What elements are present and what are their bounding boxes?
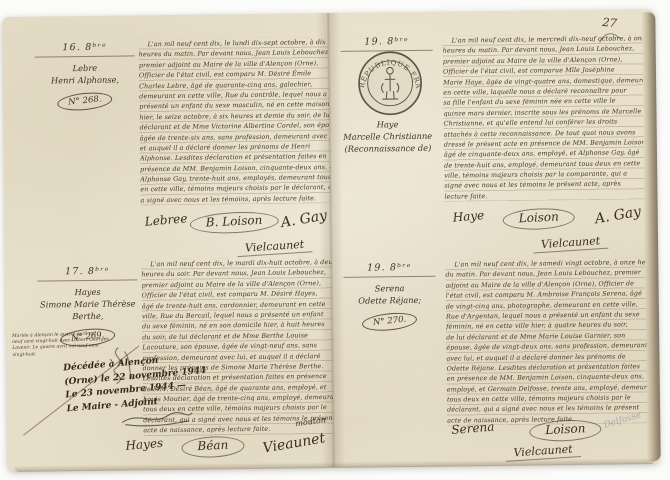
act-body-text: L'an mil neuf cent dix, le mardi dix-hui…: [141, 257, 333, 436]
republique-francaise-stamp: RÉPUBLIQUE FRANÇAISE: [357, 50, 424, 117]
margin-divider: [35, 55, 135, 57]
text-line: Simone Marie Thérèse Berthe,: [32, 297, 144, 322]
text-line: lecture faite.: [444, 189, 644, 202]
text-line: Loison: [503, 207, 576, 231]
margin-name-right-1: HayeMarcelle Christianne(Reconnaissance …: [332, 118, 444, 155]
text-line: A. Gay: [279, 208, 327, 232]
text-line: Béan: [181, 435, 245, 459]
margin-divider: [37, 279, 137, 281]
entry-person-name: HayesSimone Marie Thérèse Berthe,: [32, 285, 144, 322]
act-number: N° 270.: [362, 311, 419, 333]
text-line: (Reconnaissance de): [332, 142, 444, 155]
countersignature: Vielcaunet: [533, 234, 609, 254]
act-body-text: L'an mil neuf cent dix, le samedi vingt …: [445, 257, 647, 426]
act-number-wrap: N° 270.: [338, 306, 442, 331]
act-body-text: L'an mil neuf cent dix, le lundi dix-sep…: [139, 37, 331, 206]
signature-row: LebreeB. LoisonA. Gay: [145, 211, 327, 234]
margin-block-270: 19. 8ᵇʳᵉ SerenaOdette Réjane; N° 270.: [337, 262, 442, 331]
text-line: Loison: [529, 418, 602, 442]
act-number: N° 268.: [57, 90, 114, 112]
signature-row: HayesBéanVieaunet: [125, 435, 325, 458]
margin-divider: [343, 276, 435, 278]
entry-person-name: SerenaOdette Réjane;: [338, 282, 442, 307]
text-line: B. Loison: [189, 210, 278, 235]
margin-block-268: 16. 8ᵇʳᵉ LebreHenri Alphonse, N° 268.: [29, 41, 142, 110]
countersignature: Vielcaunet: [237, 237, 313, 257]
entry-date: 17. 8ᵇʳᵉ: [31, 265, 143, 277]
register-double-page: 27 16. 8ᵇʳᵉ LebreHenri Alphonse, N° 268.…: [2, 9, 659, 471]
signature-row: SerenaLoison: [451, 420, 601, 443]
signature-row: HayeLoisonA. Gay: [453, 207, 641, 230]
entry-person-name: HayeMarcelle Christianne(Reconnaissance …: [332, 118, 444, 155]
entry-date: 19. 8ᵇʳᵉ: [335, 36, 439, 48]
text-line: Hayes: [125, 436, 164, 453]
text-line: a signé avec nous et les témoins, après …: [140, 193, 330, 206]
text-line: Serena: [451, 420, 495, 437]
text-line: Haye: [452, 208, 485, 225]
entry-date: 16. 8ᵇʳᵉ: [29, 41, 141, 53]
entry-date: 19. 8ᵇʳᵉ: [337, 262, 441, 274]
act-body-text: L'an mil neuf cent dix, le mercredi dix-…: [443, 33, 645, 202]
page-number: 27: [602, 15, 618, 30]
text-line: Lebree: [144, 211, 188, 228]
entry-person-name: LebreHenri Alphonse,: [29, 61, 141, 86]
text-line: A. Gay: [593, 204, 641, 228]
act-number-wrap: N° 268.: [29, 85, 141, 110]
